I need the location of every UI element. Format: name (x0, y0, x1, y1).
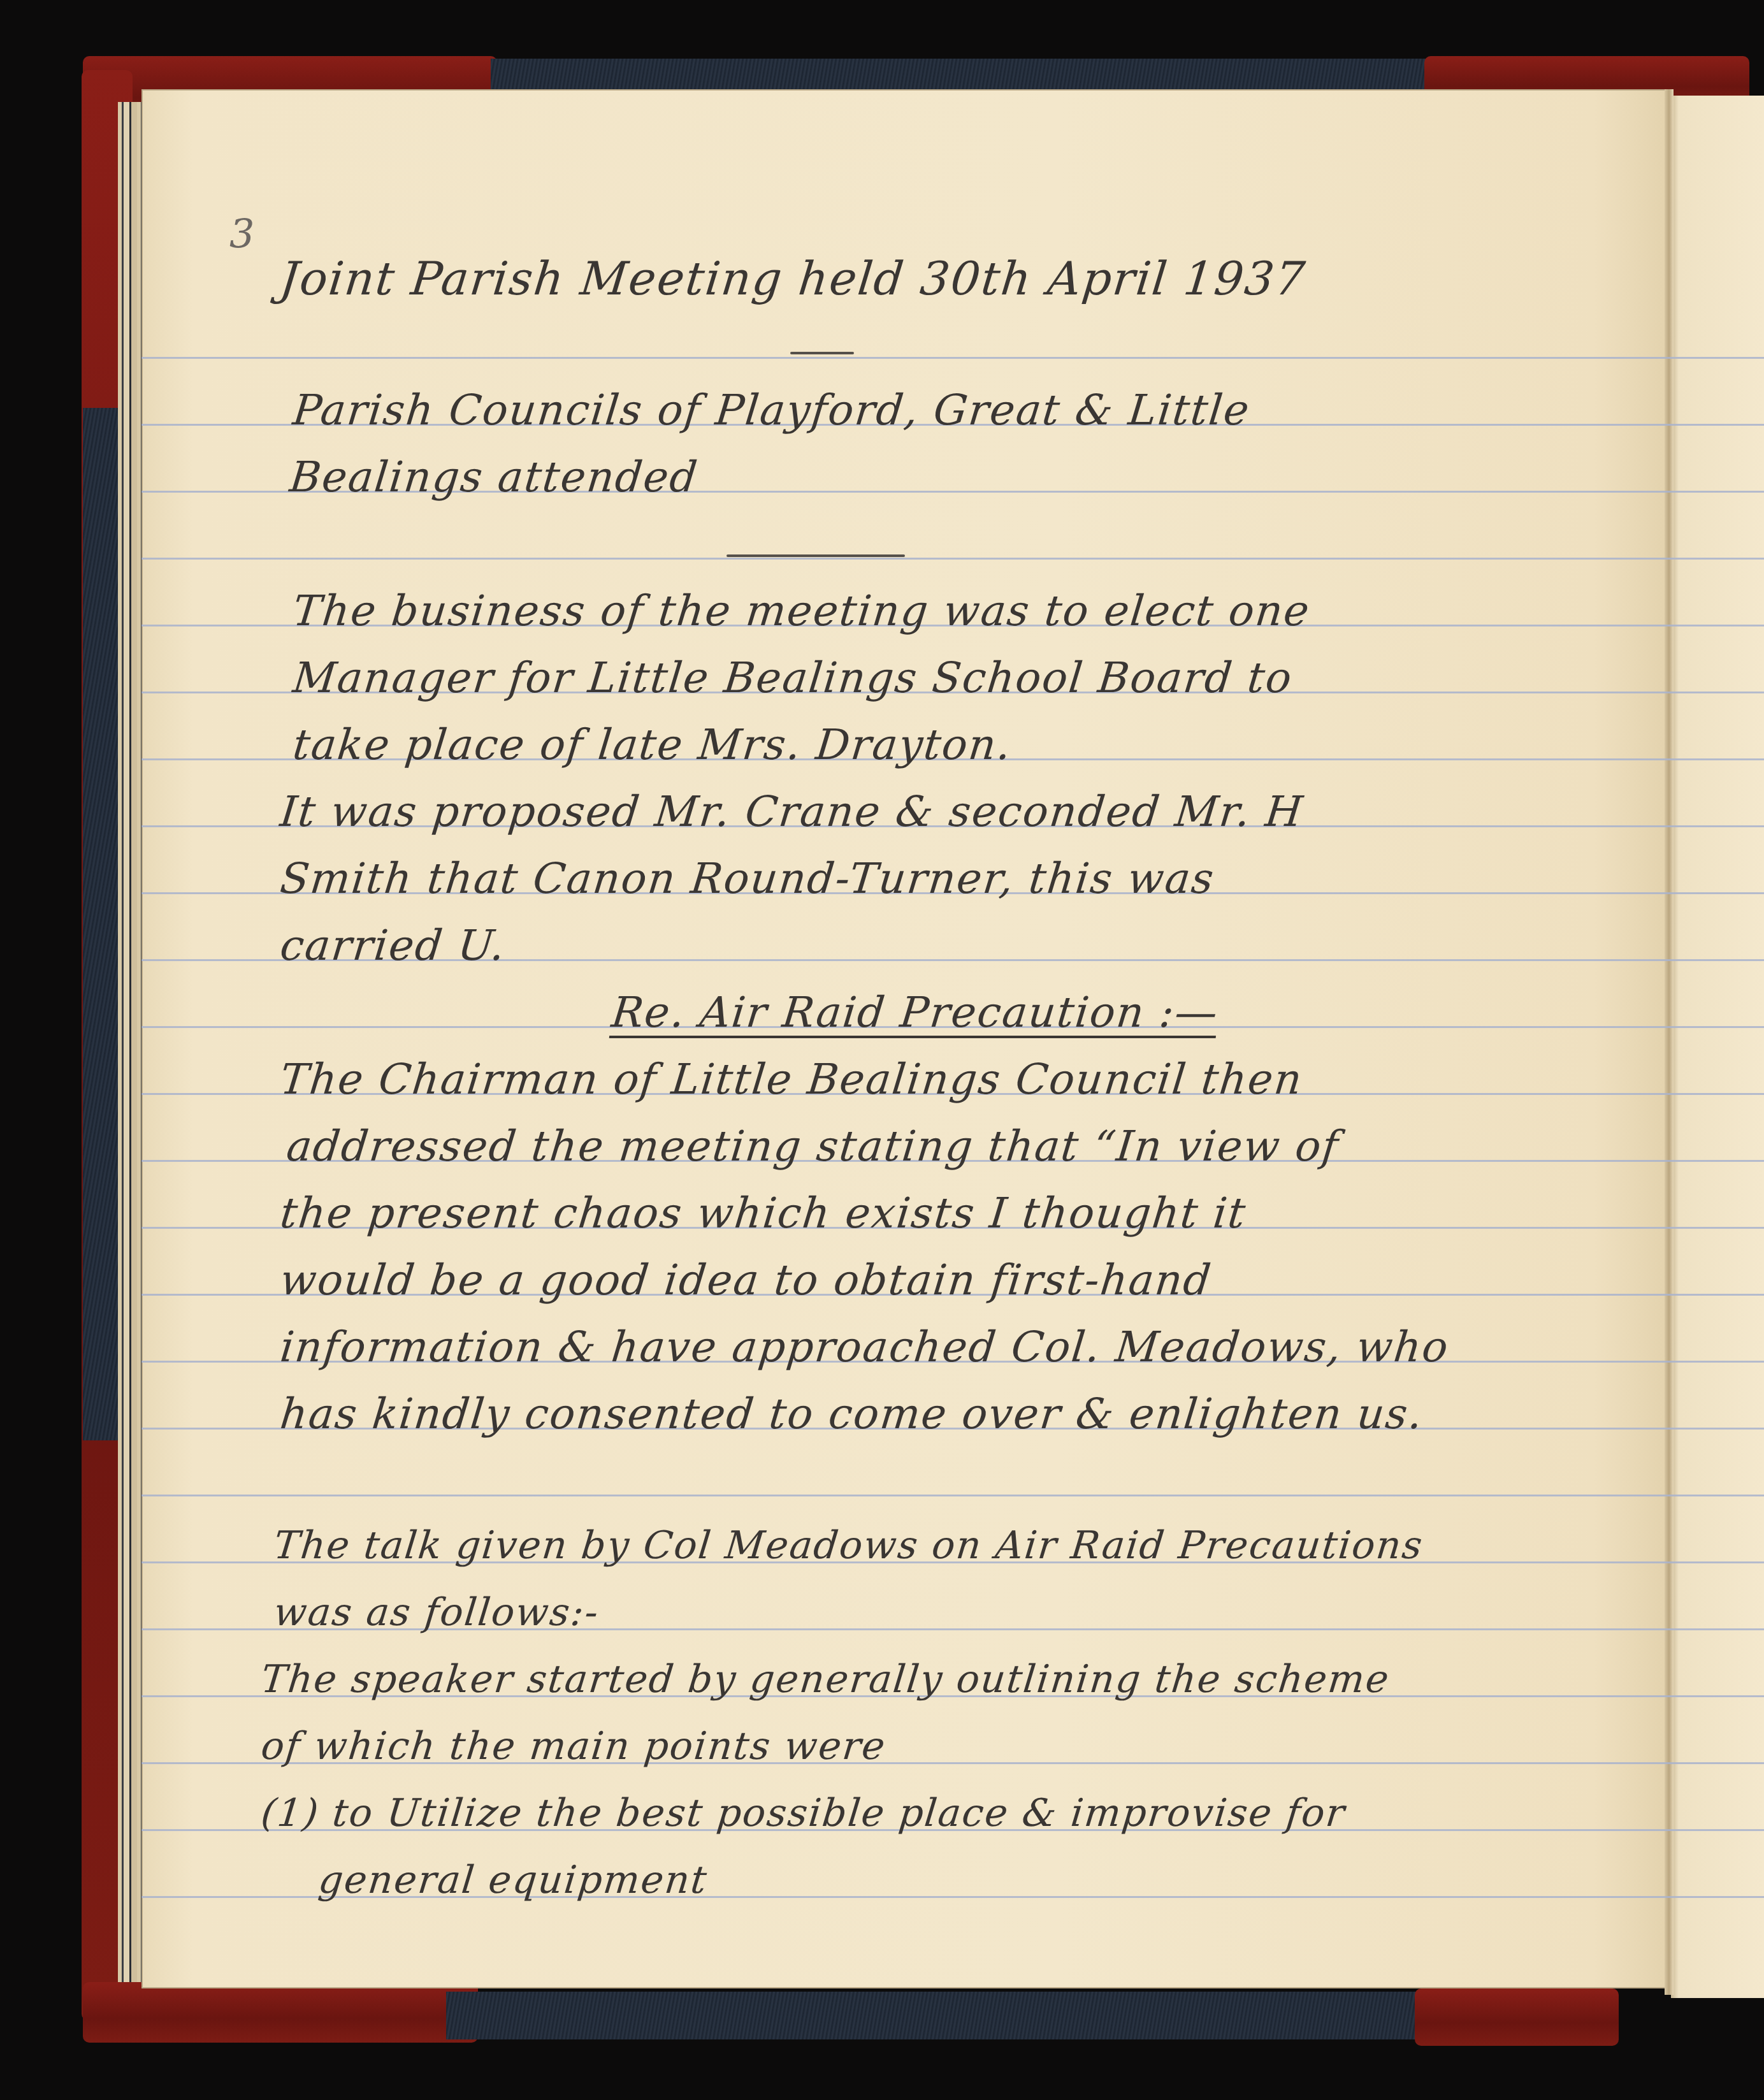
page-number: 3 (229, 210, 254, 257)
talk-line-3: The speaker started by generally outlini… (259, 1657, 1392, 1702)
talk-line-4: of which the main points were (259, 1724, 888, 1769)
talk-line-2: was as follows:- (271, 1590, 601, 1635)
chairman-line-3: the present chaos which exists I thought… (278, 1189, 1249, 1238)
cover-corner-bottom-left (83, 1982, 478, 2043)
section-heading: Re. Air Raid Precaution :— (609, 988, 1221, 1037)
cover-corner-bottom-right (1415, 1988, 1619, 2046)
business-line-2: Manager for Little Bealings School Board… (291, 653, 1295, 702)
section-divider (727, 554, 905, 557)
chairman-line-1: The Chairman of Little Bealings Council … (278, 1055, 1305, 1104)
attendance-line-1: Parish Councils of Playford, Great & Lit… (291, 386, 1252, 435)
business-line-5: Smith that Canon Round-Turner, this was (278, 854, 1217, 903)
talk-line-6: general equipment (316, 1858, 709, 1902)
business-line-4: It was proposed Mr. Crane & seconded Mr.… (278, 787, 1306, 836)
talk-line-1: The talk given by Col Meadows on Air Rai… (271, 1523, 1425, 1568)
cover-spine-bottom (446, 1992, 1421, 2039)
facing-page-edge (1671, 96, 1764, 1998)
title-divider (790, 352, 854, 354)
notebook-page (141, 89, 1670, 1988)
chairman-line-4: would be a good idea to obtain first-han… (278, 1256, 1215, 1305)
business-line-6: carried U. (278, 921, 508, 970)
chairman-line-5: information & have approached Col. Meado… (278, 1322, 1452, 1372)
attendance-line-2: Bealings attended (287, 453, 700, 502)
chairman-line-2: addressed the meeting stating that “In v… (284, 1122, 1341, 1171)
business-line-1: The business of the meeting was to elect… (291, 586, 1313, 635)
page-title: Joint Parish Meeting held 30th April 193… (278, 252, 1309, 305)
business-line-3: take place of late Mrs. Drayton. (291, 720, 1015, 769)
talk-line-5: (1) to Utilize the best possible place &… (259, 1791, 1348, 1836)
page-gutter (1665, 89, 1674, 1995)
chairman-line-6: has kindly consented to come over & enli… (278, 1389, 1426, 1438)
page-stack-edge (118, 102, 143, 1982)
